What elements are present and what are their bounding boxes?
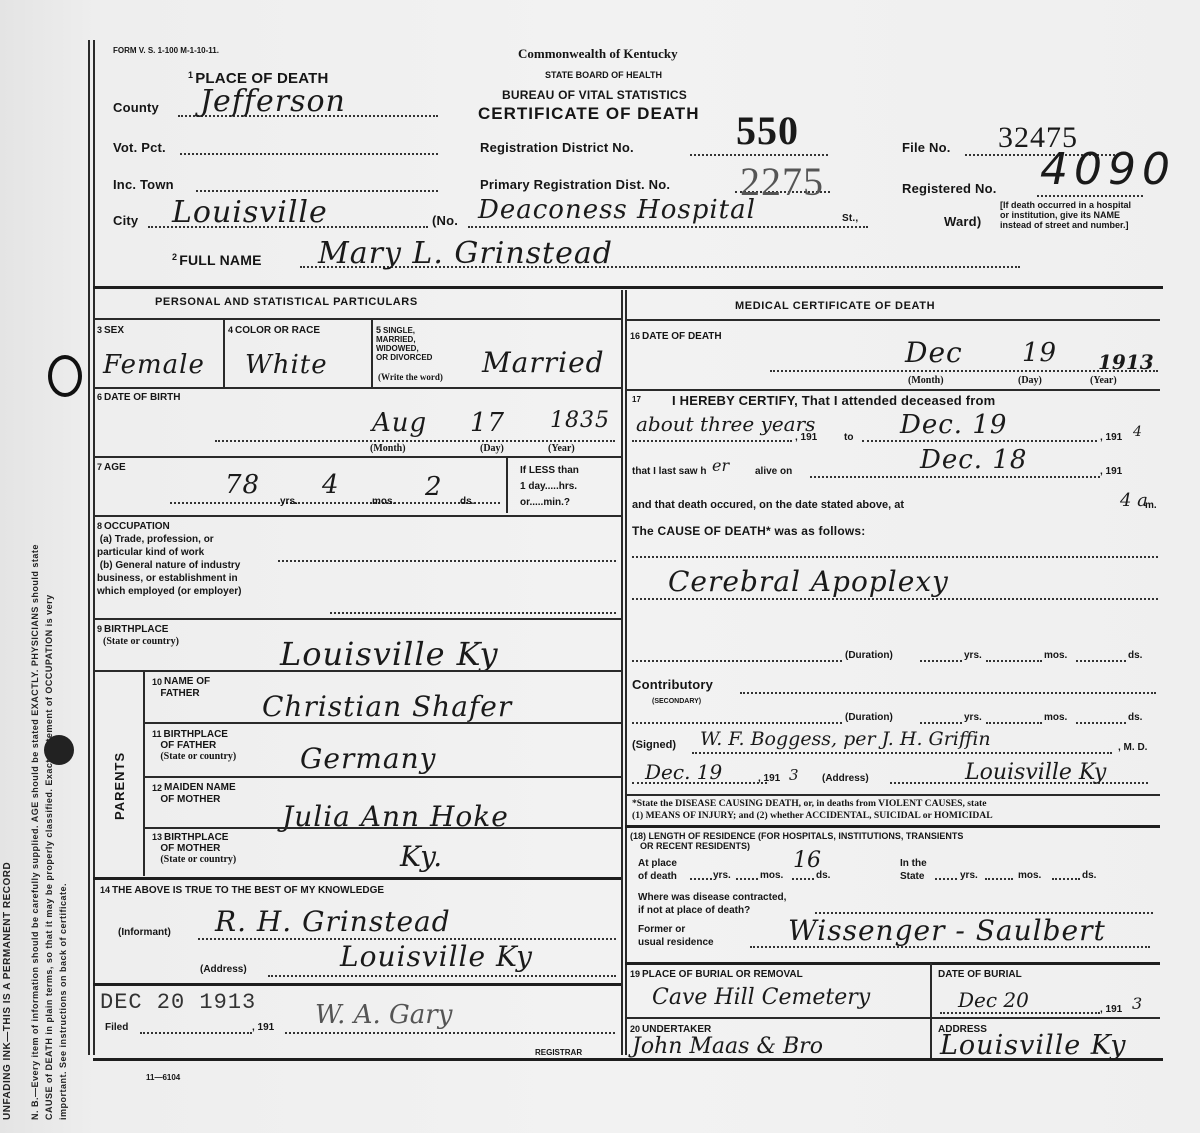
age-months: 4 (322, 470, 340, 500)
dod-day-hint: (Day) (1018, 375, 1042, 386)
age-years: 78 (225, 470, 260, 500)
father-birthplace-label: 11BIRTHPLACE OF FATHER (State or country… (152, 729, 236, 762)
registered-no-value: 4090 (1040, 144, 1176, 195)
dob-month: Aug (372, 408, 427, 438)
race-label: 4COLOR OR RACE (228, 325, 320, 336)
form-id: FORM V. S. 1-100 M-1-10-11. (113, 46, 219, 55)
burial-year: 3 (1132, 994, 1142, 1013)
registration-district-value: 550 (736, 107, 799, 154)
hole-punch-icon (44, 735, 74, 765)
street-suffix: St., (842, 213, 858, 224)
in-state-label: In the State (900, 857, 927, 883)
informant-label: (Informant) (118, 927, 171, 938)
informant-heading: 14THE ABOVE IS TRUE TO THE BEST OF MY KN… (100, 885, 384, 896)
birthplace-value: Louisville Ky (280, 635, 499, 673)
border-left-inner (93, 40, 95, 1055)
inc-town-label: Inc. Town (113, 177, 174, 192)
contracted-label: Where was disease contracted, if not at … (638, 891, 786, 917)
dob-year: 1835 (550, 408, 610, 433)
less-than-day-box: If LESS than 1 day.....hrs. or.....min.? (520, 463, 579, 511)
birthplace-label: 9BIRTHPLACE (97, 624, 168, 635)
mother-birthplace-label: 13BIRTHPLACE OF MOTHER (State or country… (152, 832, 236, 865)
cert-num: 17 (632, 394, 641, 405)
informant-address-value: Louisville Ky (340, 940, 533, 973)
age-days: 2 (425, 472, 443, 502)
duration-label-2: (Duration) (845, 712, 893, 723)
county-label: County (113, 100, 159, 115)
signed-date: Dec. 19 (645, 760, 722, 784)
cause-of-death-value: Cerebral Apoplexy (668, 565, 949, 598)
vot-pct-label: Vot. Pct. (113, 140, 166, 155)
hole-punch-mark-icon (48, 355, 82, 397)
date-of-death-label: 16DATE OF DEATH (630, 331, 722, 342)
marital-value: Married (482, 346, 605, 379)
filed-year-prefix: , 191 (252, 1022, 274, 1033)
personal-section-title: PERSONAL AND STATISTICAL PARTICULARS (155, 296, 418, 308)
column-divider (621, 290, 623, 1055)
date-of-death-month: Dec (905, 336, 963, 369)
last-seen-pronoun: er (712, 456, 729, 475)
undertaker-value: John Maas & Bro (632, 1034, 823, 1059)
registrar-signature: W. A. Gary (315, 1000, 452, 1030)
burial-place-value: Cave Hill Cemetery (652, 985, 870, 1010)
informant-address-label: (Address) (200, 964, 247, 975)
dod-month-hint: (Month) (908, 375, 944, 386)
primary-registration-value: 2275 (740, 158, 824, 205)
attended-to-year: 4 (1133, 424, 1142, 440)
occupation-a-field (278, 560, 616, 562)
mother-birthplace-value: Ky. (400, 840, 443, 873)
filed-label: Filed (105, 1022, 128, 1033)
cause-footnote: *State the DISEASE CAUSING DEATH, or, in… (632, 798, 993, 822)
city-value: Louisville (172, 195, 328, 230)
attended-from-value: about three years (636, 412, 815, 436)
margin-instruction-line-3: important. See instructions on back of c… (58, 60, 68, 1120)
physician-signature: W. F. Boggess, per J. H. Griffin (700, 728, 991, 750)
board-title: STATE BOARD OF HEALTH (545, 71, 662, 80)
street-value: Deaconess Hospital (478, 195, 756, 225)
medical-section-title: MEDICAL CERTIFICATE OF DEATH (735, 300, 935, 312)
father-name-label: 10NAME OF FATHER (152, 676, 210, 700)
commonwealth-title: Commonwealth of Kentucky (518, 46, 678, 62)
at-place-label: At place of death (638, 857, 677, 883)
marital-hint: (Write the word) (378, 372, 443, 382)
dob-label: 6DATE OF BIRTH (97, 392, 181, 403)
year-hint: (Year) (548, 443, 575, 454)
duration-label-1: (Duration) (845, 650, 893, 661)
date-of-death-day: 19 (1022, 338, 1057, 368)
certify-statement: I HEREBY CERTIFY, That I attended deceas… (672, 393, 995, 408)
last-seen-date: Dec. 18 (920, 445, 1027, 475)
full-name-label: 2FULL NAME (172, 252, 262, 268)
physician-address-label: (Address) (822, 773, 869, 784)
physician-address-value: Louisville Ky (965, 760, 1106, 785)
month-hint: (Month) (370, 443, 406, 454)
city-label: City (113, 213, 138, 228)
attended-to-value: Dec. 19 (900, 410, 1007, 440)
sex-label: 3SEX (97, 325, 124, 336)
registration-district-label: Registration District No. (480, 140, 634, 155)
burial-date-value: Dec 20 (958, 988, 1029, 1012)
last-seen-label: that I last saw h (632, 466, 706, 477)
margin-outer-text: UNFADING INK—THIS IS A PERMANENT RECORD (2, 60, 13, 1120)
dod-year-hint: (Year) (1090, 375, 1117, 386)
former-residence-label: Former or usual residence (638, 923, 714, 949)
registrar-label: REGISTRAR (535, 1048, 582, 1057)
parents-side-label: PARENTS (112, 730, 127, 820)
certificate-title: CERTIFICATE OF DEATH (478, 104, 699, 124)
signed-label: (Signed) (632, 740, 676, 751)
occupation-label: 8OCCUPATION (a) Trade, profession, or pa… (97, 520, 241, 598)
rule-top (93, 286, 1163, 289)
former-residence-value: Wissenger - Saulbert (788, 914, 1106, 947)
ward-label: Ward) (944, 214, 981, 229)
secondary-label: (SECONDARY) (652, 697, 701, 706)
cause-of-death-label: The CAUSE OF DEATH* was as follows: (632, 524, 865, 538)
father-name-value: Christian Shafer (262, 690, 512, 723)
full-name-value: Mary L. Grinstead (318, 236, 613, 271)
burial-place-label: 19PLACE OF BURIAL OR REMOVAL (630, 969, 803, 980)
signed-year: 3 (789, 766, 799, 784)
county-value: Jefferson (200, 84, 346, 119)
margin-instruction-line-1: N. B.—Every item of information should b… (30, 60, 40, 1120)
race-value: White (245, 350, 328, 380)
bureau-title: BUREAU OF VITAL STATISTICS (502, 88, 687, 102)
birthplace-hint: (State or country) (103, 636, 179, 647)
md-label: , M. D. (1118, 742, 1147, 753)
date-of-death-year: 1913 (1098, 350, 1154, 374)
mother-name-label: 12MAIDEN NAME OF MOTHER (152, 782, 236, 806)
hospital-note: [If death occurred in a hospital or inst… (1000, 200, 1140, 230)
time-of-death: 4 a (1120, 490, 1148, 511)
marital-label: 5SINGLE, MARRIED, WIDOWED, OR DIVORCED (376, 326, 432, 362)
primary-registration-label: Primary Registration Dist. No. (480, 177, 670, 192)
contributory-label: Contributory (632, 677, 713, 692)
sex-value: Female (103, 350, 205, 380)
burial-date-label: DATE OF BURIAL (938, 969, 1022, 980)
street-label: (No. (432, 213, 458, 228)
death-certificate: UNFADING INK—THIS IS A PERMANENT RECORD … (0, 0, 1200, 1133)
day-hint: (Day) (480, 443, 504, 454)
margin-instruction-line-2: CAUSE of DEATH in plain terms, so that i… (44, 60, 54, 1120)
border-left-outer (88, 40, 90, 1055)
file-no-label: File No. (902, 140, 951, 155)
footer-code: 11—6104 (146, 1073, 180, 1082)
occurred-text: and that death occured, on the date stat… (632, 500, 904, 511)
age-label: 7AGE (97, 462, 126, 473)
informant-value: R. H. Grinstead (215, 905, 451, 938)
filed-date-stamp: DEC 20 1913 (100, 990, 256, 1015)
undertaker-address-value: Louisville Ky (940, 1030, 1126, 1061)
occupation-b-field (330, 612, 616, 614)
registered-no-label: Registered No. (902, 181, 997, 196)
father-birthplace-value: Germany (300, 742, 436, 775)
dob-day: 17 (470, 408, 505, 438)
